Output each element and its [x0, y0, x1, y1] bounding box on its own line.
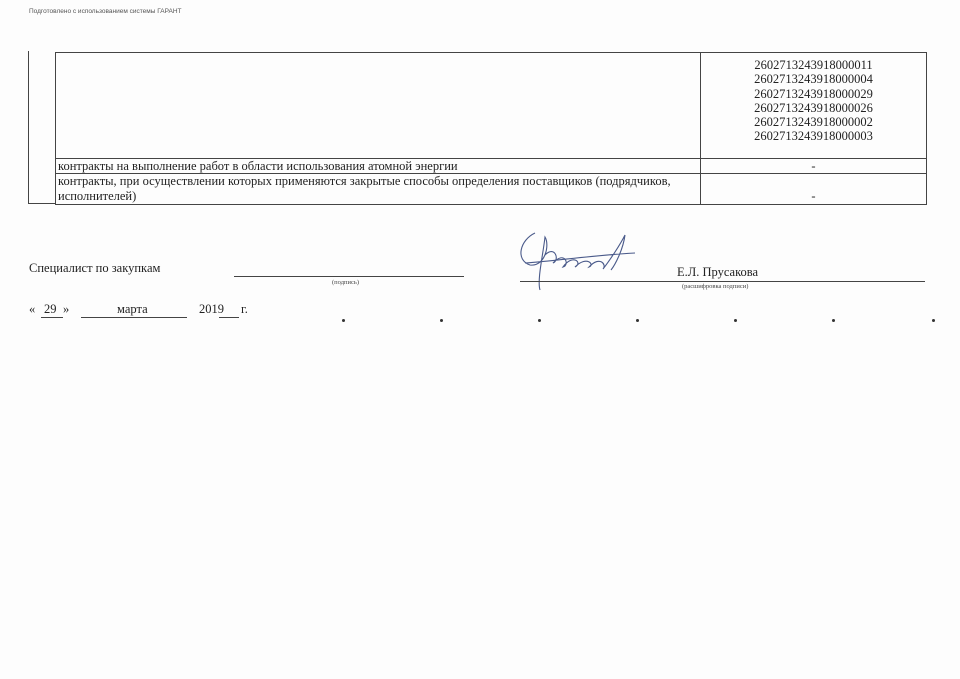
registry-number: 2602713243918000011	[703, 58, 924, 72]
position-label: Специалист по закупкам	[29, 261, 160, 276]
signer-name: Е.Л. Прусакова	[677, 265, 758, 280]
row-description: контракты на выполнение работ в области …	[56, 159, 701, 174]
date-year: 2019	[199, 302, 224, 317]
row-value: -	[703, 174, 924, 203]
day-underline	[41, 317, 63, 318]
row-description: контракты, при осуществлении которых при…	[56, 174, 701, 204]
year-underline	[219, 317, 239, 318]
registry-number: 2602713243918000004	[703, 72, 924, 86]
row-description	[56, 53, 701, 159]
handwritten-signature	[515, 225, 645, 295]
contracts-table: 2602713243918000011 2602713243918000004 …	[55, 52, 927, 205]
registry-number: 2602713243918000026	[703, 101, 924, 115]
registry-number: 2602713243918000029	[703, 87, 924, 101]
table-row: 2602713243918000011 2602713243918000004 …	[56, 53, 927, 159]
table-row: контракты, при осуществлении которых при…	[56, 174, 927, 204]
date-row: « 29 » марта 2019 г.	[29, 302, 289, 322]
date-month: марта	[117, 302, 148, 317]
date-close-quote: »	[63, 302, 69, 317]
name-decode-caption: (расшифровка подписи)	[682, 283, 748, 290]
outer-frame-left	[28, 51, 29, 204]
signature-caption: (подпись)	[332, 279, 359, 286]
date-open-quote: «	[29, 302, 35, 317]
date-suffix: г.	[241, 302, 248, 317]
header-note: Подготовлено с использованием системы ГА…	[29, 8, 182, 15]
registry-numbers-cell: 2602713243918000011 2602713243918000004 …	[701, 53, 927, 159]
outer-frame-bottom	[28, 203, 56, 204]
registry-number: 2602713243918000003	[703, 129, 924, 143]
name-decode-line	[520, 281, 925, 282]
registry-number: 2602713243918000002	[703, 115, 924, 129]
date-day: 29	[44, 302, 57, 317]
row-value-cell: -	[701, 174, 927, 204]
table-row: контракты на выполнение работ в области …	[56, 159, 927, 174]
row-value: -	[701, 159, 927, 174]
signature-line	[234, 276, 464, 277]
month-underline	[81, 317, 187, 318]
